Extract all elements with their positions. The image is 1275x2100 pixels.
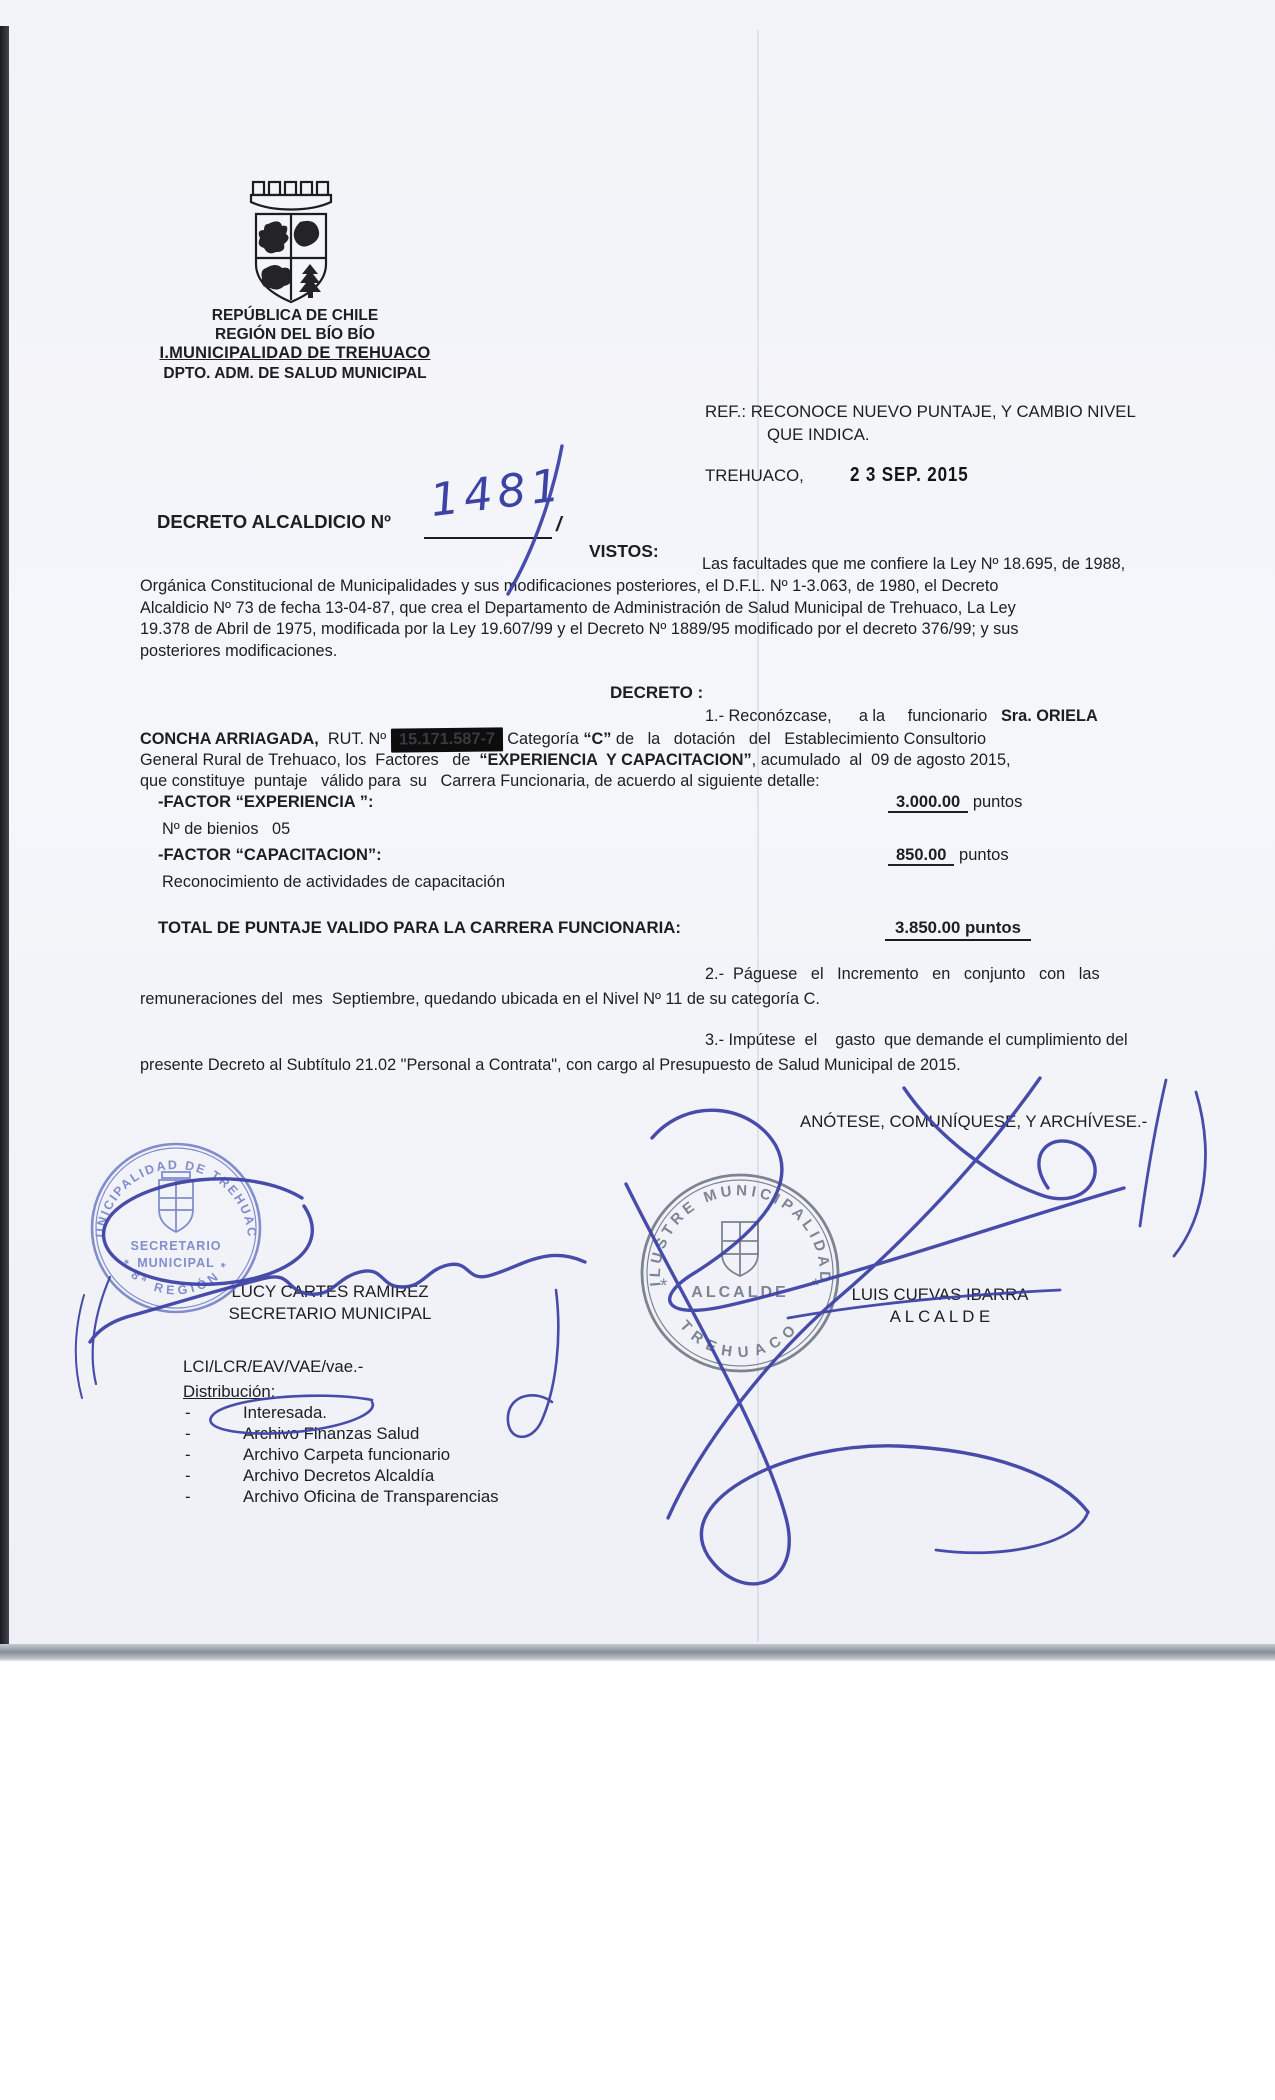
list-dash: - [183,1423,243,1444]
date-stamp: 2 3 SEP. 2015 [850,464,968,487]
printed-slash: / [556,514,562,537]
vistos-paragraph: Las facultades que me confiere la Ley Nº… [140,554,1165,663]
text-line: 3.- Impútese el gasto que demande el cum… [140,1028,1165,1053]
city-label: TREHUACO, [705,466,804,486]
distribution-item: -Archivo Carpeta funcionario [183,1444,499,1465]
text-line: presente Decreto al Subtítulo 21.02 "Per… [140,1053,1165,1078]
decree-number-underline [424,537,552,539]
decreto-item3: 3.- Impútese el gasto que demande el cum… [140,1028,1165,1077]
reference-line1: REF.: RECONOCE NUEVO PUNTAJE, Y CAMBIO N… [705,401,1185,424]
total-value: 3.850.00 puntos [885,918,1031,941]
factors-block: -FACTOR “EXPERIENCIA ”:3.000.00 puntosNº… [140,793,1165,899]
distribution-label: Distribución: [183,1381,275,1402]
text-line: Orgánica Constitucional de Municipalidad… [140,576,1165,598]
scanned-document: REPÚBLICA DE CHILE REGIÓN DEL BÍO BÍO I.… [0,0,1275,2100]
list-dash: - [183,1486,243,1507]
footer-block: LCI/LCR/EAV/VAE/vae.- Distribución: -Int… [183,1356,499,1507]
text-line: Las facultades que me confiere la Ley Nº… [140,554,1165,576]
text-line: que constituye puntaje válido para su Ca… [140,771,1165,793]
decree-number-label: DECRETO ALCALDICIO Nº [157,511,391,533]
list-dash: - [183,1402,243,1423]
distribution-item-text: Archivo Decretos Alcaldía [243,1466,434,1485]
reference-line2: QUE INDICA. [705,424,1185,447]
distribution-item-text: Archivo Finanzas Salud [243,1424,419,1443]
secretario-title: SECRETARIO MUNICIPAL [200,1303,460,1325]
distribution-item-text: Archivo Carpeta funcionario [243,1445,450,1464]
distribution-item: -Archivo Finanzas Salud [183,1423,499,1444]
text-line: posteriores modificaciones. [140,641,1165,663]
letterhead-country: REPÚBLICA DE CHILE [140,306,450,325]
text-line: 19.378 de Abril de 1975, modificada por … [140,619,1165,641]
factor-subtext: Nº de bienios 05 [140,820,1165,847]
alcalde-title: A L C A L D E [818,1306,1062,1328]
city-date-row: TREHUACO, 2 3 SEP. 2015 [705,464,1185,487]
distribution-item: -Archivo Oficina de Transparencias [183,1486,499,1507]
letterhead-municipality: I.MUNICIPALIDAD DE TREHUACO [140,344,450,363]
factor-value: 850.00 puntos [888,846,1009,865]
redacted-rut: 15.171.587-7 [391,727,503,752]
factor-label: -FACTOR “EXPERIENCIA ”: [158,793,373,811]
text-line: 2.- Páguese el Incremento en conjunto co… [140,962,1165,987]
text-line: Alcaldicio Nº 73 de fecha 13-04-87, que … [140,598,1165,620]
distribution-item: -Interesada. [183,1402,499,1423]
scan-edge-strip [0,26,9,1648]
letterhead-region: REGIÓN DEL BÍO BÍO [140,325,450,344]
factor-row: -FACTOR “EXPERIENCIA ”:3.000.00 puntos [140,793,1165,820]
alcalde-name: LUIS CUEVAS IBARRA [818,1284,1062,1306]
reference-block: REF.: RECONOCE NUEVO PUNTAJE, Y CAMBIO N… [705,401,1185,446]
distribution-item-text: Archivo Oficina de Transparencias [243,1487,499,1506]
scan-bottom-shadow [0,1644,1275,1662]
secretario-name: LUCY CARTES RAMIREZ [200,1281,460,1303]
total-label: TOTAL DE PUNTAJE VALIDO PARA LA CARRERA … [158,918,681,937]
factor-subtext: Reconocimiento de actividades de capacit… [140,873,1165,900]
letterhead-department: DPTO. ADM. DE SALUD MUNICIPAL [140,364,450,383]
letterhead: REPÚBLICA DE CHILE REGIÓN DEL BÍO BÍO I.… [140,306,450,383]
distribution-item-text: Interesada. [243,1403,327,1422]
closing-line: ANÓTESE, COMUNÍQUESE, Y ARCHÍVESE.- [800,1112,1147,1132]
signature-block-secretario: LUCY CARTES RAMIREZ SECRETARIO MUNICIPAL [200,1281,460,1324]
factor-row: -FACTOR “CAPACITACION”:850.00 puntos [140,846,1165,873]
decreto-heading: DECRETO : [610,683,703,703]
text-line: General Rural de Trehuaco, los Factores … [140,750,1165,772]
distribution-item: -Archivo Decretos Alcaldía [183,1465,499,1486]
text-line: CONCHA ARRIAGADA, RUT. Nº 15.171.587-7 C… [140,728,1165,750]
text-line: remuneraciones del mes Septiembre, queda… [140,987,1165,1012]
signature-block-alcalde: LUIS CUEVAS IBARRA A L C A L D E [818,1284,1062,1327]
decreto-item1: 1.- Reconózcase, a la funcionario Sra. O… [140,706,1165,793]
text-line: 1.- Reconózcase, a la funcionario Sra. O… [140,706,1165,728]
decreto-item2: 2.- Páguese el Incremento en conjunto co… [140,962,1165,1011]
list-dash: - [183,1444,243,1465]
total-row: TOTAL DE PUNTAJE VALIDO PARA LA CARRERA … [140,918,1183,938]
coat-of-arms [248,180,334,308]
factor-value: 3.000.00 puntos [888,793,1022,812]
initials-line: LCI/LCR/EAV/VAE/vae.- [183,1356,499,1377]
distribution-list: -Interesada.-Archivo Finanzas Salud-Arch… [183,1402,499,1507]
list-dash: - [183,1465,243,1486]
factor-label: -FACTOR “CAPACITACION”: [158,846,382,864]
